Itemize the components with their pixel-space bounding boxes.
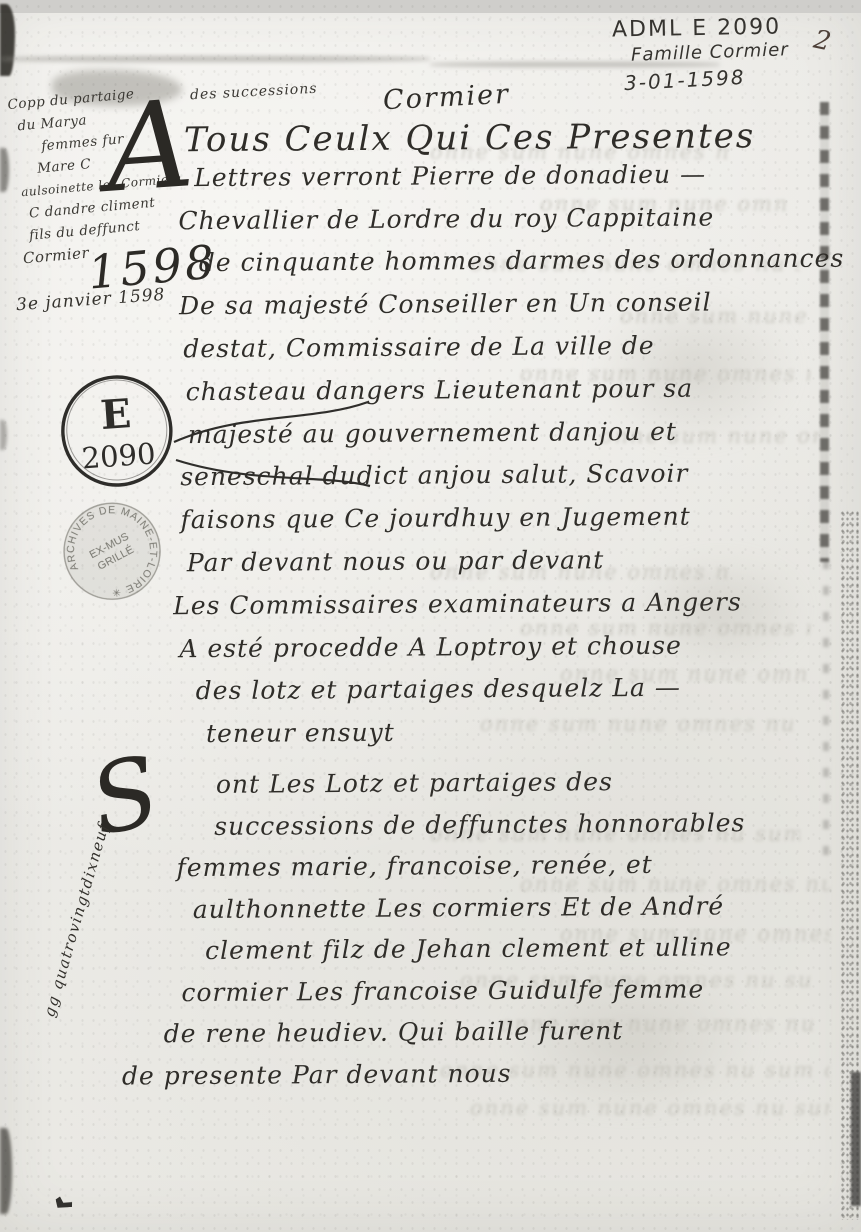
stamp-number: 2090 (81, 436, 157, 475)
margin-note-continuation: des successions (190, 81, 318, 104)
manuscript-line: successions de deffunctes honnorables (214, 807, 854, 853)
edge-mark (0, 148, 9, 192)
family-annotation: Famille Cormier (631, 39, 789, 65)
manuscript-paragraph-2: ont Les Lotz et partaiges dessuccessions… (114, 765, 856, 1102)
stamp-letter: E (99, 390, 133, 439)
manuscript-line: Chevallier de Lordre du roy Cappitaine (178, 201, 848, 248)
manuscript-line: Par devant nous ou par devant (187, 544, 851, 591)
vertical-margin-note: gg quatrovingtdixneuf (40, 821, 113, 1019)
manuscript-scan-page: onne sum nune omnes nu sum onne mun onne… (0, 0, 861, 1232)
manuscript-line: Les Commissaires examinateurs a Angers (173, 586, 851, 634)
manuscript-line: Lettres verront Pierre de donadieu — (194, 158, 848, 205)
header-word: Cormier (382, 79, 510, 117)
manuscript-line: chasteau dangers Lieutenant pour sa (186, 372, 850, 419)
smudge-streak (0, 56, 430, 62)
manuscript-line: de rene heudiev. Qui baille furent (164, 1014, 856, 1060)
manuscript-line: majesté au gouvernement danjou et (188, 415, 850, 462)
edge-mark (0, 1128, 12, 1214)
manuscript-line: A esté procedde A Loptroy et chouse (179, 629, 851, 676)
page-number: 2 (811, 25, 833, 58)
edge-mark (0, 420, 7, 450)
ink-tick-mark (55, 1195, 73, 1209)
archive-reference-annotation: ADML E 2090 (612, 15, 782, 43)
manuscript-line: destat, Commissaire de La ville de (183, 330, 849, 377)
margin-date-note: 3e janvier 1598 (15, 285, 166, 315)
scan-corner-smudge (0, 4, 15, 76)
manuscript-line: De sa majesté Conseiller en Un conseil (179, 287, 849, 334)
manuscript-line: seneschal dudict anjou salut, Scavoir (180, 458, 850, 505)
manuscript-line: cormier Les francoise Guidulfe femme (181, 973, 855, 1019)
manuscript-line: clement filz de Jehan clement et ulline (205, 931, 855, 977)
manuscript-line: femmes marie, francoise, renée, et (176, 848, 854, 894)
manuscript-paragraph-1: Tous Ceulx Qui Ces PresentesLettres verr… (148, 116, 852, 763)
date-annotation: 3-01-1598 (623, 65, 746, 95)
manuscript-line: teneur ensuyt (206, 715, 852, 762)
manuscript-line: de cinquante hommes darmes des ordonnanc… (199, 244, 849, 291)
manuscript-line: aulthonnette Les cormiers Et de André (193, 890, 855, 936)
manuscript-line: ont Les Lotz et partaiges des (216, 765, 854, 811)
scan-top-edge (0, 0, 861, 13)
manuscript-line: des lotz et partaiges desquelz La — (196, 672, 852, 719)
manuscript-line: faisons que Ce jourdhuy en Jugement (180, 501, 850, 548)
manuscript-line: Tous Ceulx Qui Ces Presentes (184, 116, 848, 163)
manuscript-line: de presente Par devant nous (122, 1056, 856, 1103)
